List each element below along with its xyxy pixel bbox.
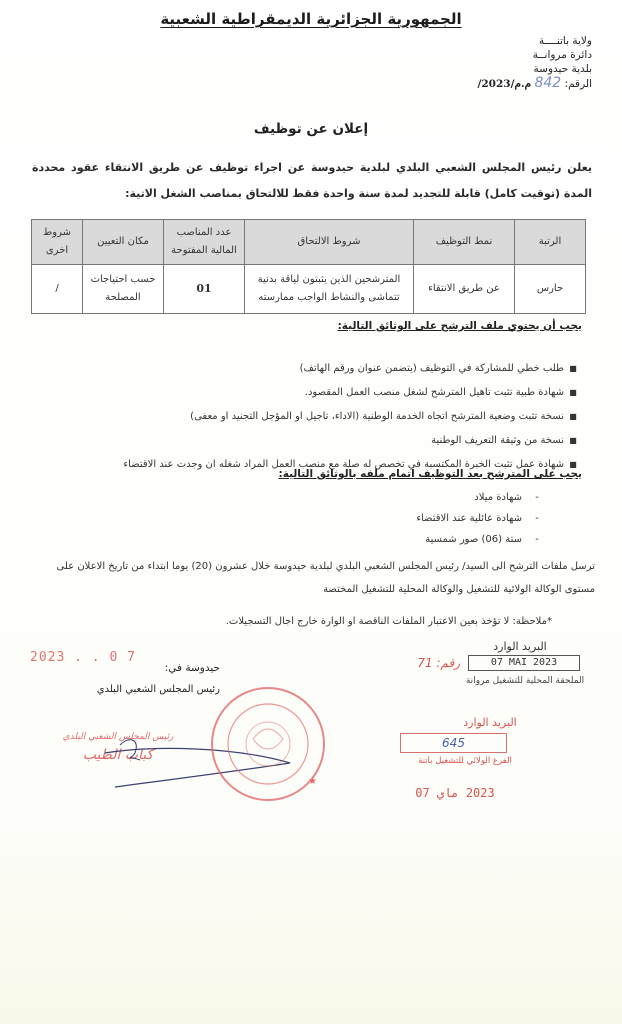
handwritten-received-number: رقم: 71 <box>400 656 460 670</box>
signature-role: رئيس المجلس الشعبي البلدي <box>60 684 220 695</box>
after-docs-title: يجب على المترشح بعد التوظيف اتمام ملفه ب… <box>22 468 582 480</box>
table-header-row: الرتبة نمط التوظيف شروط الالتحاق عدد الم… <box>32 220 586 265</box>
intro-paragraph: يعلن رئيس المجلس الشعبي البلدي لبلدية حي… <box>32 155 592 207</box>
cell-other: / <box>32 265 83 314</box>
signature-block: حيدوسة في: رئيس المجلس الشعبي البلدي <box>60 662 220 695</box>
required-docs-section: يجب أن يحتوي ملف الترشح على الوثائق التا… <box>42 320 582 332</box>
jobs-table: الرتبة نمط التوظيف شروط الالتحاق عدد الم… <box>31 219 586 314</box>
required-docs-list: ■طلب خطي للمشاركة في التوظيف (يتضمن عنوا… <box>22 357 582 477</box>
after-docs-section: يجب على المترشح بعد التوظيف اتمام ملفه ب… <box>22 468 582 480</box>
signature-place: حيدوسة في: <box>60 662 220 674</box>
required-docs-title: يجب أن يحتوي ملف الترشح على الوثائق التا… <box>42 320 582 332</box>
document-title: إعلان عن توظيف <box>0 121 622 137</box>
after-docs-list: -شهادة ميلاد -شهادة عائلية عند الاقتضاء … <box>252 487 552 550</box>
svg-text:★: ★ <box>308 776 317 787</box>
table-row: حارس عن طريق الانتقاء المترشحين الذين يث… <box>32 265 586 314</box>
wilaya-label: ولاية باتنــــة <box>392 34 592 48</box>
dash-icon: - <box>522 487 552 508</box>
handwritten-ref: 842 <box>534 75 561 91</box>
cell-rank: حارس <box>515 265 586 314</box>
document-page: الجمهورية الجزائرية الديمقراطية الشعبية … <box>0 0 622 1024</box>
daira-label: دائرة مروانــة <box>392 48 592 62</box>
col-header: مكان التعيين <box>83 220 164 265</box>
list-item: ■نسخة من وثيقة التعريف الوطنية <box>22 429 582 453</box>
list-item: -ستة (06) صور شمسية <box>252 529 552 550</box>
col-header: الرتبة <box>515 220 586 265</box>
wilaya-agency-stamp-footer: الفرع الولائي للتشغيل باتنة <box>395 756 535 766</box>
note-paragraph: *ملاحظة: لا تؤخذ بعين الاعتبار الملفات ا… <box>52 616 552 627</box>
col-header: شروط اخرى <box>32 220 83 265</box>
official-seal-icon: ★ <box>208 684 328 804</box>
reference-number: الرقم: 842 /م.م/2023 <box>392 76 592 91</box>
col-header: عدد المناصب المالية المفتوحة <box>164 220 245 265</box>
bullet-icon: ■ <box>564 357 582 381</box>
cell-conditions: المترشحين الذين يثبتون لياقة بدنية تتماش… <box>245 265 414 314</box>
list-item: ■نسخة تثبت وضعية المترشح اتجاه الخدمة ال… <box>22 405 582 429</box>
col-header: نمط التوظيف <box>414 220 515 265</box>
commune-label: بلدية حيدوسة <box>392 62 592 76</box>
cell-mode: عن طريق الانتقاء <box>414 265 515 314</box>
bullet-icon: ■ <box>564 405 582 429</box>
submission-paragraph: ترسل ملفات الترشح الى السيد/ رئيس المجلس… <box>30 555 595 601</box>
dash-icon: - <box>522 508 552 529</box>
issuer-block: ولاية باتنــــة دائرة مروانــة بلدية حيد… <box>392 34 592 91</box>
col-header: شروط الالتحاق <box>245 220 414 265</box>
wilaya-agency-stamp-header: البريد الوارد <box>440 716 540 729</box>
republic-header: الجمهورية الجزائرية الديمقراطية الشعبية <box>0 10 622 28</box>
list-item: -شهادة عائلية عند الاقتضاء <box>252 508 552 529</box>
bullet-icon: ■ <box>564 381 582 405</box>
bullet-icon: ■ <box>564 429 582 453</box>
cell-location: حسب احتياجات المصلحة <box>83 265 164 314</box>
local-agency-stamp-date: 07 MAI 2023 <box>468 655 580 671</box>
wilaya-agency-stamp-number: 645 <box>400 733 507 753</box>
list-item: ■طلب خطي للمشاركة في التوظيف (يتضمن عنوا… <box>22 357 582 381</box>
list-item: ■شهادة طبية تثبت تاهيل المترشح لشغل منصب… <box>22 381 582 405</box>
list-item: -شهادة ميلاد <box>252 487 552 508</box>
wilaya-agency-stamp-date: 2023 ماي 07 <box>410 786 500 800</box>
cell-positions: 01 <box>164 265 245 314</box>
local-agency-stamp-header: البريد الوارد <box>460 640 580 653</box>
local-agency-stamp-footer: الملحقة المحلية للتشغيل مروانة <box>460 676 590 686</box>
dash-icon: - <box>522 529 552 550</box>
